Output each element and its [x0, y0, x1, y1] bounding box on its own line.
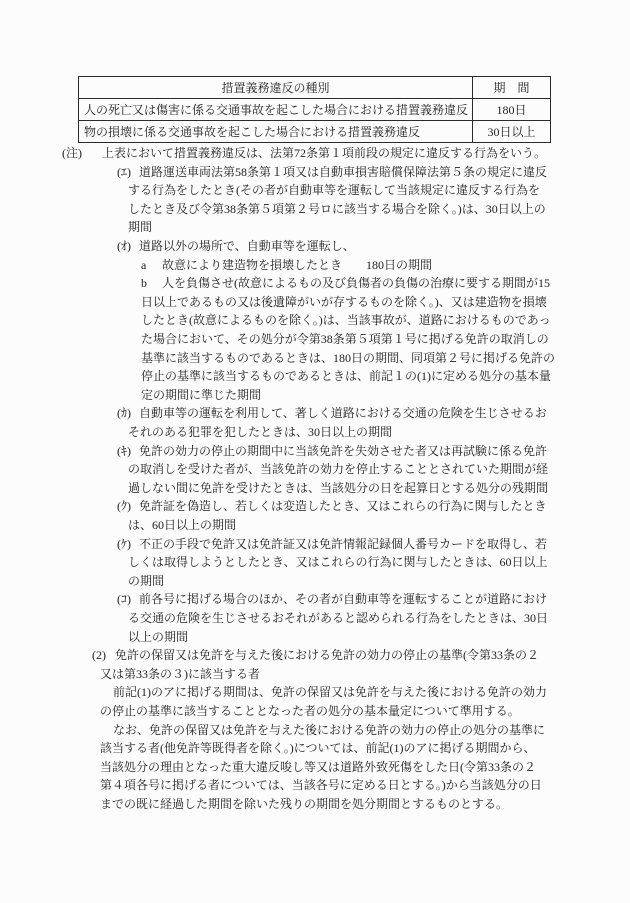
text-segment: 免許証を偽造し、若しくは変造したとき、又はこれらの行為に関与したとき	[139, 497, 547, 516]
text-line: (ｶ)自動車等の運転を利用して、著しく道路における交通の危険を生じさせるお	[0, 404, 630, 423]
text-line: (ｸ)免許証を偽造し、若しくは変造したとき、又はこれらの行為に関与したとき	[0, 497, 630, 516]
text-line: の取消しを受けた者が、当該免許の効力を停止することとされていた期間が経	[0, 460, 630, 479]
text-line: 以上の期間	[0, 628, 630, 647]
text-line: る交通の危険を生じさせるおそれがあると認められる行為をしたときは、30日	[0, 609, 630, 628]
text-segment: (注)	[62, 144, 82, 163]
text-line: 第４項各号に掲げる者については、当該各号に定める日とする。)から当該処分の日	[0, 776, 630, 795]
text-segment: 該当する者(他免許等既得者を除く。)については、前記(1)のアに掲げる期間から、	[100, 739, 536, 758]
text-segment: 故意により建造物を損壊したとき 180日の期間	[162, 256, 432, 275]
text-segment: 免許の効力の停止の期間中に当該免許を失効させた者又は再試験に係る免許	[139, 442, 547, 461]
text-segment: したとき及び令第38条第５項第２号ロに該当する場合を除く。)は、30日以上の	[128, 200, 546, 219]
text-segment: 前各号に掲げる場合のほか、その者が自動車等を運転することが道路におけ	[139, 590, 547, 609]
text-segment: 上表において措置義務違反は、法第72条第１項前段の規定に違反する行為をいう。	[102, 144, 546, 163]
text-segment: それのある犯罪を犯したときは、30日以上の期間	[128, 423, 392, 442]
text-segment: の期間	[128, 572, 164, 591]
text-segment: (ｹ)	[117, 535, 131, 554]
text-segment: る交通の危険を生じさせるおそれがあると認められる行為をしたときは、30日	[128, 609, 548, 628]
text-line: た場合において、その処分が令第38条第５項第１号に掲げる免許の取消しの	[0, 330, 630, 349]
text-segment: 当該処分の理由となった重大違反唆し等又は道路外致死傷をした日(令第33条の２	[100, 758, 536, 777]
text-segment: (ｷ)	[117, 442, 131, 461]
text-line: の期間	[0, 572, 630, 591]
text-segment: したとき(故意によるものを除く。)は、当該事故が、道路におけるものであっ	[141, 311, 551, 330]
text-segment: 道路運送車両法第58条第１項又は自動車損害賠償保障法第５条の規定に違反	[139, 163, 547, 182]
text-line: したとき(故意によるものを除く。)は、当該事故が、道路におけるものであっ	[0, 311, 630, 330]
text-line: する行為をしたとき(その者が自動車等を運転して当該規定に違反する行為を	[0, 181, 630, 200]
text-line: 停止の基準に該当するものであるときは、前記１の(1)に定める処分の基本量	[0, 367, 630, 386]
text-segment: 以上の期間	[128, 628, 188, 647]
text-segment: なお、免許の保留又は免許を与えた後における免許の効力の停止の処分の基準に	[113, 721, 545, 740]
text-segment: する行為をしたとき(その者が自動車等を運転して当該規定に違反する行為を	[128, 181, 540, 200]
text-line: したとき及び令第38条第５項第２号ロに該当する場合を除く。)は、30日以上の	[0, 200, 630, 219]
text-segment: 又は第33条の３)に該当する者	[100, 665, 260, 684]
text-segment: 基準に該当するものであるときは、180日の期間、同項第２号に掲げる免許の	[141, 349, 555, 368]
text-segment: 免許の保留又は免許を与えた後における免許の効力の停止の基準(令第33条の２	[115, 646, 539, 665]
text-line: 又は第33条の３)に該当する者	[0, 665, 630, 684]
text-segment: a	[141, 256, 146, 275]
text-segment: 自動車等の運転を利用して、著しく道路における交通の危険を生じさせるお	[139, 404, 547, 423]
text-segment: 人を負傷させ(故意によるもの及び負傷者の負傷の治療に要する期間が15	[162, 274, 550, 293]
text-segment: 停止の基準に該当するものであるときは、前記１の(1)に定める処分の基本量	[141, 367, 551, 386]
text-segment: た場合において、その処分が令第38条第５項第１号に掲げる免許の取消しの	[141, 330, 549, 349]
text-line: (ｵ)道路以外の場所で、自動車等を運転し、	[0, 237, 630, 256]
text-segment: 道路以外の場所で、自動車等を運転し、	[139, 237, 355, 256]
text-segment: は、60日以上の期間	[128, 516, 236, 535]
text-line: 期間	[0, 218, 630, 237]
text-segment: の停止の基準に該当することとなった者の処分の基本量定について準用する。	[100, 702, 520, 721]
text-line: (ｺ)前各号に掲げる場合のほか、その者が自動車等を運転することが道路におけ	[0, 590, 630, 609]
text-line: (ｷ)免許の効力の停止の期間中に当該免許を失効させた者又は再試験に係る免許	[0, 442, 630, 461]
text-line: 前記(1)のアに掲げる期間は、免許の保留又は免許を与えた後における免許の効力	[0, 683, 630, 702]
text-line: の停止の基準に該当することとなった者の処分の基本量定について準用する。	[0, 702, 630, 721]
text-line: までの既に経過した期間を除いた残りの期間を処分期間とするものとする。	[0, 795, 630, 814]
text-line: は、60日以上の期間	[0, 516, 630, 535]
text-line: (ｴ)道路運送車両法第58条第１項又は自動車損害賠償保障法第５条の規定に違反	[0, 163, 630, 182]
text-segment: 過しない間に免許を受けたときは、当該処分の日を起算日とする処分の残期間	[128, 479, 548, 498]
text-segment: (2)	[92, 646, 106, 665]
text-line: 過しない間に免許を受けたときは、当該処分の日を起算日とする処分の残期間	[0, 479, 630, 498]
text-segment: b	[141, 274, 147, 293]
text-segment: 期間	[128, 218, 152, 237]
text-line: (ｹ)不正の手段で免許又は免許証又は免許情報記録個人番号カードを取得し、若	[0, 535, 630, 554]
text-line: 日以上であるもの又は後遺障がいが存するものを除く。)、又は建造物を損壊	[0, 293, 630, 312]
text-segment: 前記(1)のアに掲げる期間は、免許の保留又は免許を与えた後における免許の効力	[113, 683, 547, 702]
text-line: 基準に該当するものであるときは、180日の期間、同項第２号に掲げる免許の	[0, 349, 630, 368]
text-line: (注)上表において措置義務違反は、法第72条第１項前段の規定に違反する行為をいう…	[0, 144, 630, 163]
text-line: b人を負傷させ(故意によるもの及び負傷者の負傷の治療に要する期間が15	[0, 274, 630, 293]
text-segment: の取消しを受けた者が、当該免許の効力を停止することとされていた期間が経	[128, 460, 548, 479]
text-segment: しくは取得しようとしたとき、又はこれらの行為に関与したときは、60日以上	[128, 553, 548, 572]
document-page: 措置義務違反の種別 期 間 人の死亡又は傷害に係る交通事故を起こした場合における…	[0, 0, 630, 903]
text-line: 当該処分の理由となった重大違反唆し等又は道路外致死傷をした日(令第33条の２	[0, 758, 630, 777]
text-line: (2)免許の保留又は免許を与えた後における免許の効力の停止の基準(令第33条の２	[0, 646, 630, 665]
text-line: a故意により建造物を損壊したとき 180日の期間	[0, 256, 630, 275]
text-segment: 定の期間に準じた期間	[141, 386, 261, 405]
text-line: 該当する者(他免許等既得者を除く。)については、前記(1)のアに掲げる期間から、	[0, 739, 630, 758]
text-line: なお、免許の保留又は免許を与えた後における免許の効力の停止の処分の基準に	[0, 721, 630, 740]
text-segment: (ｵ)	[117, 237, 131, 256]
text-segment: (ｺ)	[117, 590, 131, 609]
text-segment: (ｴ)	[117, 163, 131, 182]
text-line: 定の期間に準じた期間	[0, 386, 630, 405]
text-segment: (ｸ)	[117, 497, 131, 516]
text-segment: (ｶ)	[117, 404, 131, 423]
text-line: それのある犯罪を犯したときは、30日以上の期間	[0, 423, 630, 442]
text-line: しくは取得しようとしたとき、又はこれらの行為に関与したときは、60日以上	[0, 553, 630, 572]
text-segment: 日以上であるもの又は後遺障がいが存するものを除く。)、又は建造物を損壊	[141, 293, 547, 312]
text-segment: までの既に経過した期間を除いた残りの期間を処分期間とするものとする。	[100, 795, 508, 814]
text-segment: 第４項各号に掲げる者については、当該各号に定める日とする。)から当該処分の日	[100, 776, 542, 795]
text-layer: (注)上表において措置義務違反は、法第72条第１項前段の規定に違反する行為をいう…	[0, 0, 630, 903]
text-segment: 不正の手段で免許又は免許証又は免許情報記録個人番号カードを取得し、若	[139, 535, 547, 554]
